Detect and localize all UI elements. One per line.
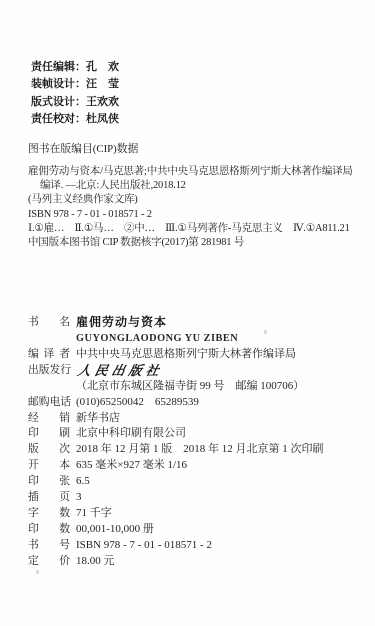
colophon-label: 印数 <box>28 522 70 538</box>
colophon-label: 书名 <box>28 315 70 331</box>
colophon-value: 北京中科印刷有限公司 <box>76 426 186 442</box>
colophon-label: 版次 <box>28 442 70 458</box>
colophon-value: 6.5 <box>76 474 90 490</box>
colophon-row: GUYONGLAODONG YU ZIBEN <box>28 331 324 347</box>
book-copyright-page: 责任编辑：孔 欢 装帧设计：汪 莹 版式设计：王欢欢 责任校对：杜凤侠 图书在版… <box>0 0 375 626</box>
colophon-row: 印数00,001-10,000 册 <box>28 522 324 538</box>
colophon-row: 邮购电话(010)65250042 65289539 <box>28 395 324 411</box>
colophon-value: 2018 年 12 月第 1 版 2018 年 12 月北京第 1 次印刷 <box>76 442 324 458</box>
colophon-value: 71 千字 <box>76 506 112 522</box>
colophon-label: 插页 <box>28 490 70 506</box>
staff-credits-block: 责任编辑：孔 欢 装帧设计：汪 莹 版式设计：王欢欢 责任校对：杜凤侠 <box>31 59 119 129</box>
colophon-value: 新华书店 <box>76 411 120 427</box>
colophon-value: (010)65250042 65289539 <box>76 395 199 411</box>
staff-credit-line: 装帧设计：汪 莹 <box>31 76 119 93</box>
colophon-block: 书名雇佣劳动与资本 GUYONGLAODONG YU ZIBEN 编译者中共中央… <box>28 315 324 570</box>
colophon-value: （北京市东城区隆福寺街 99 号 邮编 100706） <box>76 379 304 395</box>
scan-artifact <box>36 570 39 574</box>
colophon-row: 编译者中共中央马克思恩格斯列宁斯大林著作编译局 <box>28 347 324 363</box>
colophon-row: 定价18.00 元 <box>28 554 324 570</box>
colophon-row: 书号ISBN 978 - 7 - 01 - 018571 - 2 <box>28 538 324 554</box>
colophon-row: 插页3 <box>28 490 324 506</box>
colophon-row: 出版发行人民出版社 <box>28 363 324 379</box>
colophon-label: 印刷 <box>28 426 70 442</box>
colophon-row: 字数71 千字 <box>28 506 324 522</box>
scan-artifact <box>264 330 267 334</box>
colophon-label: 印张 <box>28 474 70 490</box>
colophon-value: 中共中央马克思恩格斯列宁斯大林著作编译局 <box>76 347 296 363</box>
cip-line: (马列主义经典作家文库) <box>28 193 358 207</box>
staff-credit-line: 责任校对：杜凤侠 <box>31 111 119 128</box>
colophon-label: 编译者 <box>28 347 70 363</box>
colophon-label: 邮购电话 <box>28 395 70 411</box>
cip-block: 图书在版编目(CIP)数据 雇佣劳动与资本/马克思著;中共中央马克思恩格斯列宁斯… <box>28 142 358 250</box>
colophon-label: 出版发行 <box>28 363 70 379</box>
colophon-value: GUYONGLAODONG YU ZIBEN <box>76 331 238 347</box>
colophon-row: 经销新华书店 <box>28 411 324 427</box>
cip-line: 编译. —北京:人民出版社,2018.12 <box>28 179 358 193</box>
colophon-value: 雇佣劳动与资本 <box>76 315 167 331</box>
staff-credit-line: 责任编辑：孔 欢 <box>31 59 119 76</box>
colophon-label: 经销 <box>28 411 70 427</box>
colophon-row: 印张6.5 <box>28 474 324 490</box>
colophon-row: （北京市东城区隆福寺街 99 号 邮编 100706） <box>28 379 324 395</box>
cip-title: 图书在版编目(CIP)数据 <box>28 142 358 157</box>
colophon-value: ISBN 978 - 7 - 01 - 018571 - 2 <box>76 538 212 554</box>
colophon-value: 00,001-10,000 册 <box>76 522 154 538</box>
cip-lines: 雇佣劳动与资本/马克思著;中共中央马克思恩格斯列宁斯大林著作编译局 编译. —北… <box>28 165 358 250</box>
staff-credit-line: 版式设计：王欢欢 <box>31 94 119 111</box>
colophon-label: 字数 <box>28 506 70 522</box>
colophon-row: 开本635 毫米×927 毫米 1/16 <box>28 458 324 474</box>
colophon-row: 书名雇佣劳动与资本 <box>28 315 324 331</box>
colophon-value: 635 毫米×927 毫米 1/16 <box>76 458 187 474</box>
colophon-label: 开本 <box>28 458 70 474</box>
colophon-label: 定价 <box>28 554 70 570</box>
cip-line: 中国版本图书馆 CIP 数据核字(2017)第 281981 号 <box>28 236 358 250</box>
cip-line: Ⅰ.①雇… Ⅱ.①马… ②中… Ⅲ.①马列著作-马克思主义 Ⅳ.①A811.21 <box>28 222 358 236</box>
colophon-value: 18.00 元 <box>76 554 115 570</box>
colophon-value: 人民出版社 <box>76 363 164 379</box>
colophon-value: 3 <box>76 490 82 506</box>
colophon-row: 印刷北京中科印刷有限公司 <box>28 426 324 442</box>
cip-line: ISBN 978 - 7 - 01 - 018571 - 2 <box>28 208 358 222</box>
cip-line: 雇佣劳动与资本/马克思著;中共中央马克思恩格斯列宁斯大林著作编译局 <box>28 165 358 179</box>
colophon-label: 书号 <box>28 538 70 554</box>
colophon-row: 版次2018 年 12 月第 1 版 2018 年 12 月北京第 1 次印刷 <box>28 442 324 458</box>
